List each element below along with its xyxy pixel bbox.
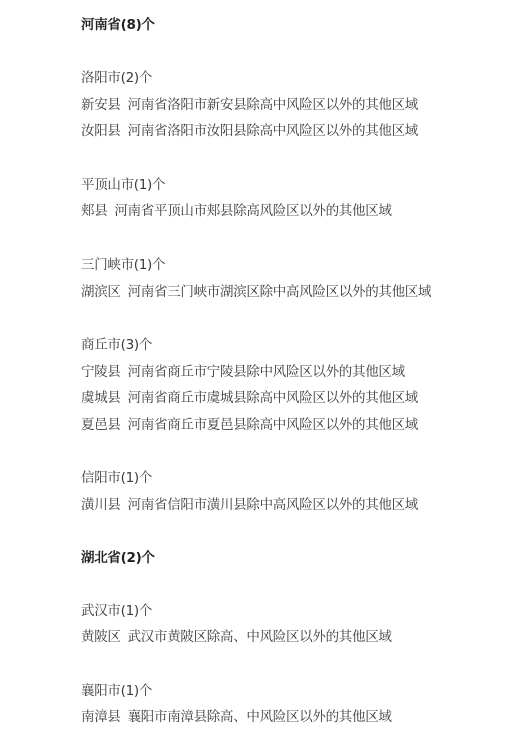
county-name: 宁陵县 xyxy=(81,364,121,380)
area-row: 宁陵县河南省商丘市宁陵县除中风险区以外的其他区域 xyxy=(81,363,405,381)
city-heading-xiangyang: 襄阳市(1)个 xyxy=(81,682,152,700)
city-heading-wuhan: 武汉市(1)个 xyxy=(81,602,152,620)
area-row: 湖滨区河南省三门峡市湖滨区除中高风险区以外的其他区域 xyxy=(81,283,431,301)
city-heading-xinyang: 信阳市(1)个 xyxy=(81,469,152,487)
area-row: 虞城县河南省商丘市虞城县除高中风险区以外的其他区域 xyxy=(81,389,418,407)
county-name: 南漳县 xyxy=(81,709,121,725)
area-row: 南漳县襄阳市南漳县除高、中风险区以外的其他区域 xyxy=(81,708,392,726)
area-description: 武汉市黄陂区除高、中风险区以外的其他区域 xyxy=(128,629,392,645)
area-row: 汝阳县河南省洛阳市汝阳县除高中风险区以外的其他区域 xyxy=(81,122,418,140)
area-row: 夏邑县河南省商丘市夏邑县除高中风险区以外的其他区域 xyxy=(81,416,418,434)
city-heading-pingdingshan: 平顶山市(1)个 xyxy=(81,176,165,194)
province-heading-hubei: 湖北省(2)个 xyxy=(81,549,155,567)
county-name: 湖滨区 xyxy=(81,284,121,300)
province-heading-henan: 河南省(8)个 xyxy=(81,16,155,34)
area-description: 河南省三门峡市湖滨区除中高风险区以外的其他区域 xyxy=(128,284,432,300)
area-description: 河南省洛阳市新安县除高中风险区以外的其他区域 xyxy=(128,97,418,113)
area-description: 河南省平顶山市郏县除高风险区以外的其他区域 xyxy=(114,203,391,219)
area-description: 襄阳市南漳县除高、中风险区以外的其他区域 xyxy=(128,709,392,725)
county-name: 潢川县 xyxy=(81,497,121,513)
city-heading-sanmenxia: 三门峡市(1)个 xyxy=(81,256,165,274)
area-description: 河南省洛阳市汝阳县除高中风险区以外的其他区域 xyxy=(128,123,418,139)
county-name: 夏邑县 xyxy=(81,417,121,433)
area-row: 黄陂区武汉市黄陂区除高、中风险区以外的其他区域 xyxy=(81,628,392,646)
city-heading-luoyang: 洛阳市(2)个 xyxy=(81,69,152,87)
area-row: 新安县河南省洛阳市新安县除高中风险区以外的其他区域 xyxy=(81,96,418,114)
area-description: 河南省商丘市夏邑县除高中风险区以外的其他区域 xyxy=(128,417,418,433)
city-heading-shangqiu: 商丘市(3)个 xyxy=(81,336,152,354)
county-name: 虞城县 xyxy=(81,390,121,406)
area-description: 河南省信阳市潢川县除中高风险区以外的其他区域 xyxy=(128,497,418,513)
county-name: 郏县 xyxy=(81,203,107,219)
county-name: 汝阳县 xyxy=(81,123,121,139)
county-name: 新安县 xyxy=(81,97,121,113)
county-name: 黄陂区 xyxy=(81,629,121,645)
area-description: 河南省商丘市宁陵县除中风险区以外的其他区域 xyxy=(128,364,405,380)
area-description: 河南省商丘市虞城县除高中风险区以外的其他区域 xyxy=(128,390,418,406)
area-row: 郏县河南省平顶山市郏县除高风险区以外的其他区域 xyxy=(81,202,392,220)
area-row: 潢川县河南省信阳市潢川县除中高风险区以外的其他区域 xyxy=(81,496,418,514)
